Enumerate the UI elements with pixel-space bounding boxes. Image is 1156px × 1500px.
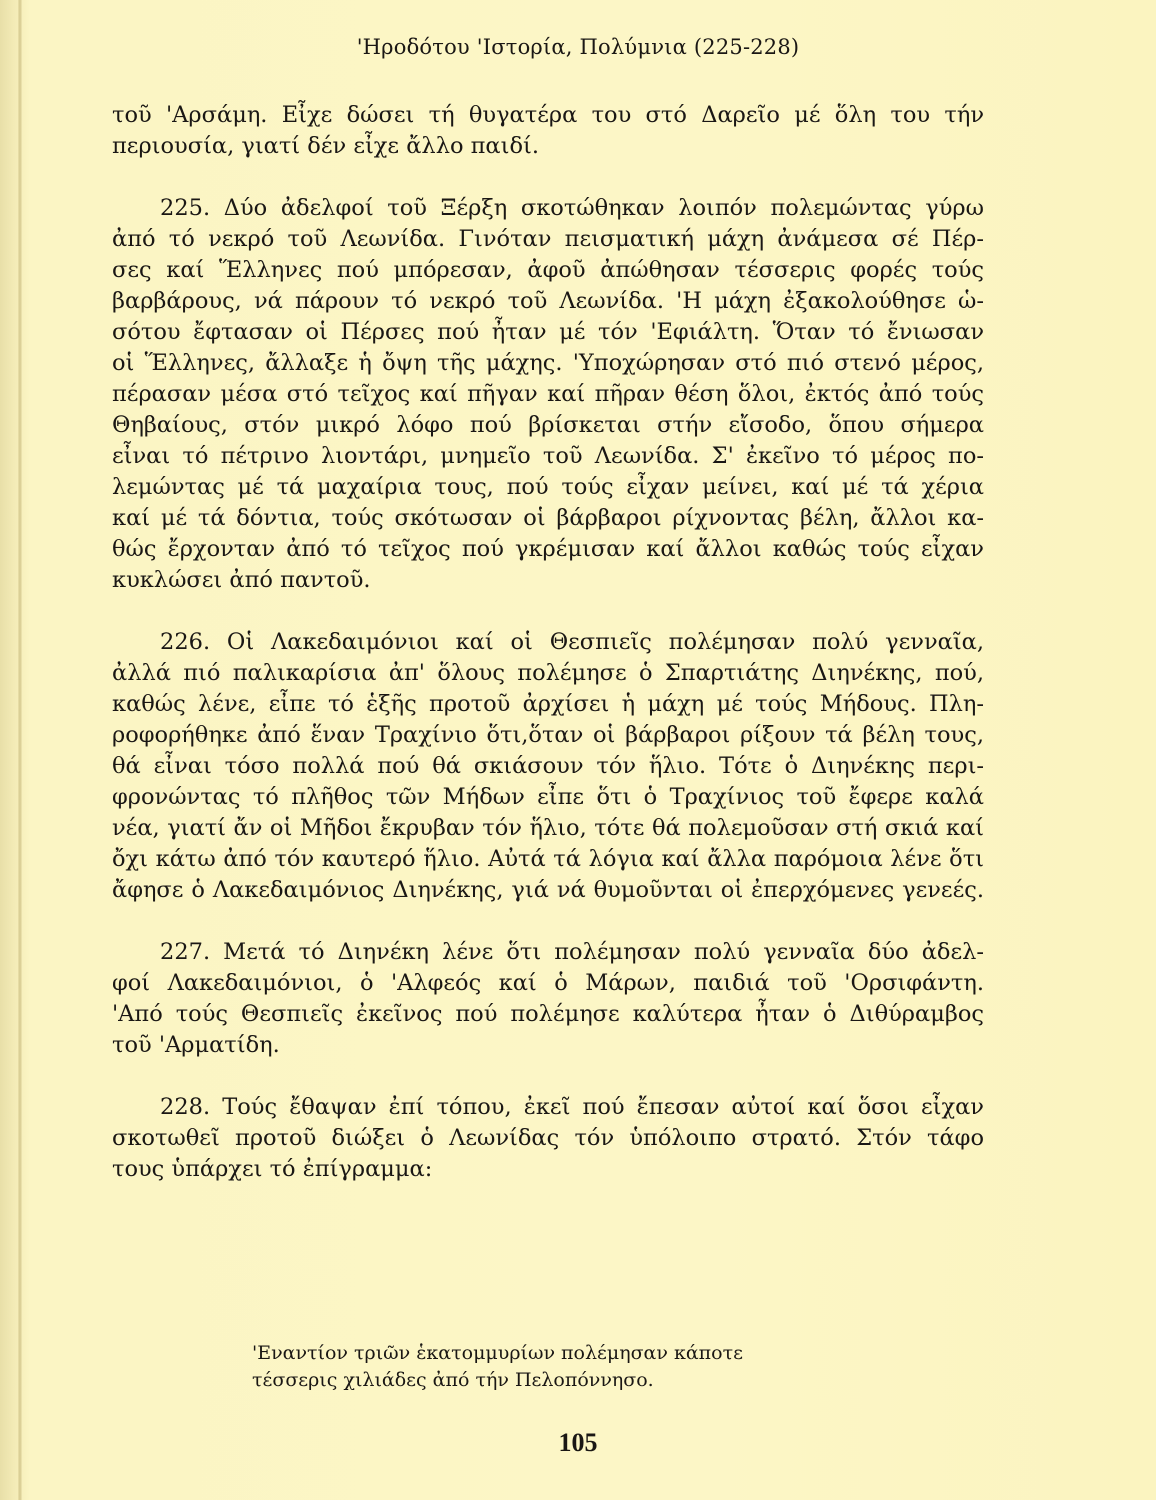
text-line: Θηβαίους, στόν μικρό λόφο πού βρίσκεται … [112,410,984,441]
text-line: καθώς λένε, εἶπε τό ἑξῆς προτοῦ ἀρχίσει … [112,689,984,720]
text-line: ροφορήθηκε ἀπό ἕναν Τραχίνιο ὅτι,ὅταν οἱ… [112,720,984,751]
text-line: περιουσία, γιατί δέν εἶχε ἄλλο παιδί. [112,131,984,162]
text-line: οἱ Ἕλληνες, ἄλλαξε ἡ ὄψη τῆς μάχης. 'Υπο… [112,348,984,379]
paragraph-225: 225. Δύο ἀδελφοί τοῦ Ξέρξη σκοτώθηκαν λο… [112,193,984,596]
text-line: λεμώντας μέ τά μαχαίρια τους, πού τούς ε… [112,472,984,503]
epigram-line: τέσσερις χιλιάδες ἀπό τήν Πελοπόννησο. [252,1367,743,1394]
paragraph-226: 226. Οἱ Λακεδαιμόνιοι καί οἱ Θεσπιεῖς πο… [112,627,984,906]
text-line: σότου ἔφτασαν οἱ Πέρσες πού ἦταν μέ τόν … [112,317,984,348]
text-line: θά εἶναι τόσο πολλά πού θά σκιάσουν τόν … [112,751,984,782]
text-line: πέρασαν μέσα στό τεῖχος καί πῆγαν καί πῆ… [112,379,984,410]
page-gutter-shadow [18,0,22,1500]
text-line: σες καί Ἕλληνες πού μπόρεσαν, ἀφοῦ ἀπώθη… [112,255,984,286]
paragraph-227: 227. Μετά τό Διηνέκη λένε ὅτι πολέμησαν … [112,937,984,1061]
text-line: τους ὑπάρχει τό ἐπίγραμμα: [112,1154,984,1185]
text-line: κυκλώσει ἀπό παντοῦ. [112,565,984,596]
text-line: 225. Δύο ἀδελφοί τοῦ Ξέρξη σκοτώθηκαν λο… [112,193,984,224]
paragraph-228: 228. Τούς ἔθαψαν ἐπί τόπου, ἐκεῖ πού ἔπε… [112,1092,984,1185]
text-line: νέα, γιατί ἄν οἱ Μῆδοι ἔκρυβαν τόν ἥλιο,… [112,813,984,844]
paragraph-continuation: τοῦ 'Αρσάμη. Εἶχε δώσει τή θυγατέρα του … [112,100,984,162]
running-head: 'Ηροδότου 'Ιστορία, Πολύμνια (225-228) [0,35,1156,59]
text-line: θώς ἔρχονταν ἀπό τό τεῖχος πού γκρέμισαν… [112,534,984,565]
text-line: καί μέ τά δόντια, τούς σκότωσαν οἱ βάρβα… [112,503,984,534]
epigram: 'Εναντίον τριῶν ἑκατομμυρίων πολέμησαν κ… [252,1340,743,1394]
text-line: φρονώντας τό πλῆθος τῶν Μήδων εἶπε ὅτι ὁ… [112,782,984,813]
text-line: ἀλλά πιό παλικαρίσια ἀπ' ὅλους πολέμησε … [112,658,984,689]
text-line: 226. Οἱ Λακεδαιμόνιοι καί οἱ Θεσπιεῖς πο… [112,627,984,658]
page-number: 105 [0,1428,1156,1458]
text-line: 228. Τούς ἔθαψαν ἐπί τόπου, ἐκεῖ πού ἔπε… [112,1092,984,1123]
text-line: ἄφησε ὁ Λακεδαιμόνιος Διηνέκης, γιά νά θ… [112,875,984,906]
epigram-line: 'Εναντίον τριῶν ἑκατομμυρίων πολέμησαν κ… [252,1340,743,1367]
text-line: 227. Μετά τό Διηνέκη λένε ὅτι πολέμησαν … [112,937,984,968]
text-line: εἶναι τό πέτρινο λιοντάρι, μνημεῖο τοῦ Λ… [112,441,984,472]
text-line: τοῦ 'Αρματίδη. [112,1030,984,1061]
text-line: 'Από τούς Θεσπιεῖς ἐκεῖνος πού πολέμησε … [112,999,984,1030]
text-line: ὄχι κάτω ἀπό τόν καυτερό ἥλιο. Αὐτά τά λ… [112,844,984,875]
text-line: φοί Λακεδαιμόνιοι, ὁ 'Αλφεός καί ὁ Μάρων… [112,968,984,999]
text-line: σκοτωθεῖ προτοῦ διώξει ὁ Λεωνίδας τόν ὑπ… [112,1123,984,1154]
body-text: τοῦ 'Αρσάμη. Εἶχε δώσει τή θυγατέρα του … [112,100,984,1185]
text-line: τοῦ 'Αρσάμη. Εἶχε δώσει τή θυγατέρα του … [112,100,984,131]
text-line: ἀπό τό νεκρό τοῦ Λεωνίδα. Γινόταν πεισμα… [112,224,984,255]
book-page: 'Ηροδότου 'Ιστορία, Πολύμνια (225-228) τ… [0,0,1156,1500]
text-line: βαρβάρους, νά πάρουν τό νεκρό τοῦ Λεωνίδ… [112,286,984,317]
